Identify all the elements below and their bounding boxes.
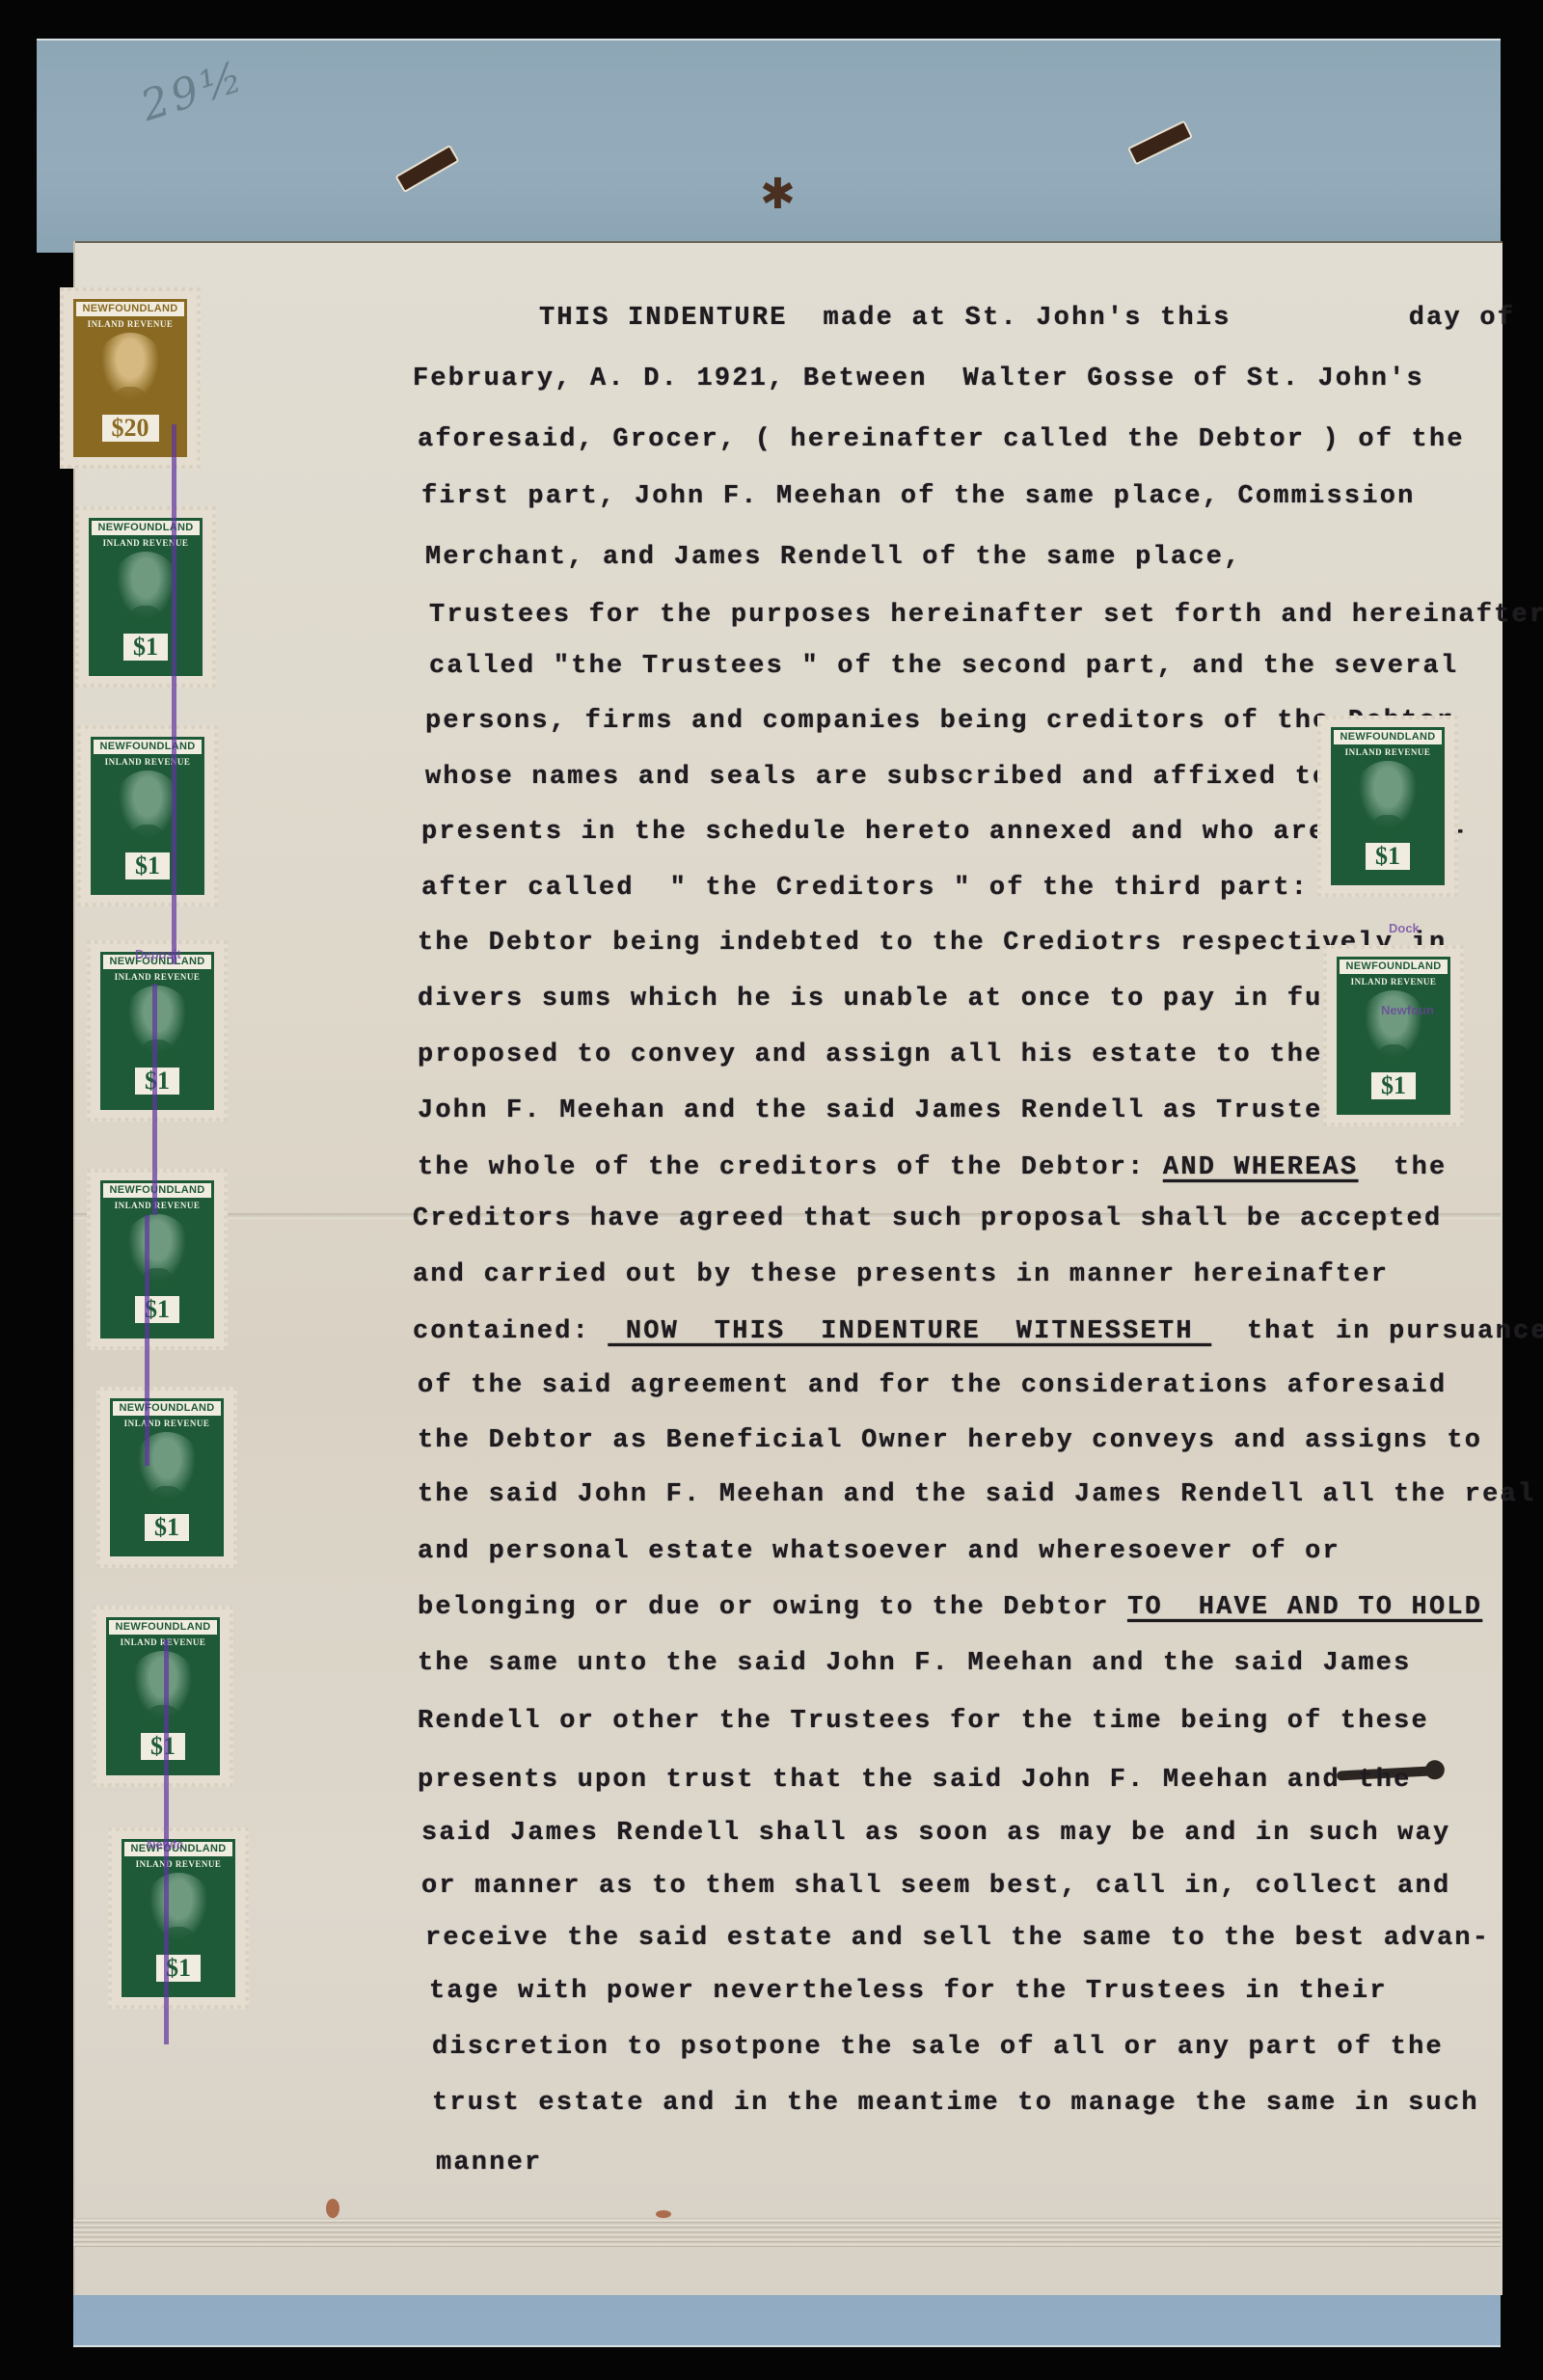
revenue-stamp: NEWFOUNDLANDINLAND REVENUE$1 — [1317, 716, 1458, 897]
cancellation-stroke — [145, 1215, 149, 1466]
text-line: of the said agreement and for the consid… — [418, 1371, 1447, 1400]
text-line: aforesaid, Grocer, ( hereinafter called … — [418, 425, 1465, 454]
revenue-stamp: NEWFOUNDLANDINLAND REVENUE$1 — [87, 940, 228, 1122]
text-line: the whole of the creditors of the Debtor… — [418, 1153, 1447, 1182]
stamp-value: $1 — [1369, 1070, 1418, 1101]
text-run: the Debtor as Beneficial Owner hereby co… — [418, 1426, 1482, 1455]
text-line: THIS INDENTURE made at St. John's this d… — [539, 304, 1515, 333]
text-line: said James Rendell shall as soon as may … — [421, 1819, 1450, 1848]
stamp-frame: NEWFOUNDLANDINLAND REVENUE$1 — [91, 737, 204, 895]
text-line: and carried out by these presents in man… — [413, 1260, 1389, 1289]
stamp-value: $1 — [123, 851, 172, 881]
stamp-frame: NEWFOUNDLANDINLAND REVENUE$1 — [110, 1398, 224, 1556]
stamp-country: NEWFOUNDLAND — [113, 1401, 221, 1416]
text-line: the Debtor as Beneficial Owner hereby co… — [418, 1426, 1482, 1455]
text-run: THIS INDENTURE made at St. John's this d… — [539, 304, 1515, 333]
text-run: the Debtor being indebted to the Crediot… — [418, 929, 1447, 958]
king-portrait-icon — [123, 986, 191, 1061]
stamp-subtitle: INLAND REVENUE — [88, 318, 174, 330]
underlined-heading: AND WHEREAS — [1163, 1153, 1358, 1182]
king-portrait-icon — [145, 1873, 212, 1948]
stamp-country: NEWFOUNDLAND — [109, 1620, 217, 1635]
stamp-frame: NEWFOUNDLANDINLAND REVENUE$1 — [1337, 957, 1450, 1115]
text-run: proposed to convey and assign all his es… — [418, 1041, 1412, 1069]
stamp-value: $1 — [1364, 841, 1412, 872]
text-run: receive the said estate and sell the sam… — [425, 1924, 1490, 1953]
king-portrait-icon — [133, 1432, 201, 1507]
text-line: presents in the schedule hereto annexed … — [421, 818, 1469, 847]
text-run: the whole of the creditors of the Debtor… — [418, 1153, 1163, 1182]
text-run: belonging or due or owing to the Debtor — [418, 1593, 1127, 1622]
stamp-subtitle: INLAND REVENUE — [1345, 746, 1431, 758]
text-run: aforesaid, Grocer, ( hereinafter called … — [418, 425, 1465, 454]
text-line: Creditors have agreed that such proposal… — [413, 1204, 1442, 1233]
stamp-country: NEWFOUNDLAND — [1334, 730, 1442, 744]
stamp-frame: NEWFOUNDLANDINLAND REVENUE$1 — [100, 952, 214, 1110]
cancellation-stroke — [164, 1639, 169, 2044]
text-run: contained: — [413, 1317, 608, 1346]
stamp-subtitle: INLAND REVENUE — [124, 1418, 210, 1429]
text-run: and carried out by these presents in man… — [413, 1260, 1389, 1289]
underlined-heading: TO HAVE AND TO HOLD — [1127, 1593, 1482, 1622]
text-run: called "the Trustees " of the second par… — [429, 652, 1458, 681]
stamp-subtitle: INLAND REVENUE — [136, 1858, 222, 1870]
text-run: Creditors have agreed that such proposal… — [413, 1204, 1442, 1233]
text-run: of the said agreement and for the consid… — [418, 1371, 1447, 1400]
cancellation-stroke — [172, 424, 176, 964]
text-run: February, A. D. 1921, Between Walter Gos… — [413, 365, 1424, 393]
text-line: tage with power nevertheless for the Tru… — [429, 1977, 1388, 2006]
king-portrait-icon — [112, 552, 179, 627]
text-line: presents upon trust that the said John F… — [418, 1766, 1412, 1795]
stamp-country: NEWFOUNDLAND — [76, 302, 184, 316]
stamp-subtitle: INLAND REVENUE — [115, 971, 201, 983]
text-run: first part, John F. Meehan of the same p… — [421, 482, 1416, 511]
stamp-frame: NEWFOUNDLANDINLAND REVENUE$20 — [73, 299, 187, 457]
stamp-frame: NEWFOUNDLANDINLAND REVENUE$1 — [122, 1839, 235, 1997]
text-line: John F. Meehan and the said James Rendel… — [418, 1096, 1429, 1125]
revenue-stamp: NEWFOUNDLANDINLAND REVENUE$1 — [77, 725, 218, 906]
text-run: divers sums which he is unable at once t… — [418, 985, 1429, 1014]
text-run: tage with power nevertheless for the Tru… — [429, 1977, 1388, 2006]
king-portrait-icon — [96, 333, 164, 408]
stamp-value: $1 — [133, 1066, 181, 1096]
text-line: the Debtor being indebted to the Crediot… — [418, 929, 1447, 958]
text-line: Trustees for the purposes hereinafter se… — [429, 601, 1543, 630]
text-line: whose names and seals are subscribed and… — [425, 763, 1437, 792]
text-line: contained: NOW THIS INDENTURE WITNESSETH… — [413, 1317, 1543, 1346]
stamp-frame: NEWFOUNDLANDINLAND REVENUE$1 — [106, 1617, 220, 1775]
text-line: trust estate and in the meantime to mana… — [432, 2089, 1479, 2118]
stamp-value: $1 — [143, 1512, 191, 1543]
king-portrait-icon — [1354, 761, 1421, 836]
stamp-value: $20 — [100, 413, 161, 444]
text-run: the same unto the said John F. Meehan an… — [418, 1649, 1412, 1678]
text-line: divers sums which he is unable at once t… — [418, 985, 1429, 1014]
text-line: manner — [436, 2149, 542, 2177]
stamp-subtitle: INLAND REVENUE — [1351, 976, 1437, 987]
text-run: that in pursuance — [1211, 1317, 1543, 1346]
revenue-stamp: NEWFOUNDLANDINLAND REVENUE$1 — [108, 1827, 249, 2009]
text-run: John F. Meehan and the said James Rendel… — [418, 1096, 1429, 1125]
underlined-heading: NOW THIS INDENTURE WITNESSETH — [608, 1317, 1211, 1346]
text-line: Merchant, and James Rendell of the same … — [425, 543, 1242, 572]
cancellation-mark: Newfoun — [1381, 1003, 1434, 1017]
cancellation-mark: Dock — [1389, 921, 1420, 935]
stamp-country: NEWFOUNDLAND — [1340, 960, 1448, 974]
stamp-value: $1 — [139, 1731, 187, 1762]
text-line: discretion to psotpone the sale of all o… — [432, 2033, 1444, 2062]
text-run: Trustees for the purposes hereinafter se… — [429, 601, 1543, 630]
text-run: or manner as to them shall seem best, ca… — [421, 1872, 1450, 1901]
text-line: called "the Trustees " of the second par… — [429, 652, 1458, 681]
text-run: persons, firms and companies being credi… — [425, 707, 1454, 736]
text-run: discretion to psotpone the sale of all o… — [432, 2033, 1444, 2062]
text-run: manner — [436, 2149, 542, 2177]
stamp-value: $1 — [154, 1953, 203, 1984]
text-run: Rendell or other the Trustees for the ti… — [418, 1707, 1429, 1736]
text-run: presents upon trust that the said John F… — [418, 1766, 1412, 1795]
king-portrait-icon — [129, 1651, 197, 1726]
revenue-stamp: NEWFOUNDLANDINLAND REVENUE$1 — [96, 1387, 237, 1568]
stamp-frame: NEWFOUNDLANDINLAND REVENUE$1 — [89, 518, 203, 676]
text-line: the same unto the said John F. Meehan an… — [418, 1649, 1412, 1678]
text-run: the said John F. Meehan and the said Jam… — [418, 1480, 1535, 1509]
text-line: proposed to convey and assign all his es… — [418, 1041, 1412, 1069]
text-run: trust estate and in the meantime to mana… — [432, 2089, 1479, 2118]
stamp-value: $1 — [133, 1294, 181, 1325]
text-line: after called " the Creditors " of the th… — [421, 874, 1450, 903]
stamp-value: $1 — [122, 632, 170, 663]
text-line: Rendell or other the Trustees for the ti… — [418, 1707, 1429, 1736]
revenue-stamp: NEWFOUNDLANDINLAND REVENUE$1 — [87, 1169, 228, 1350]
revenue-stamp: NEWFOUNDLANDINLAND REVENUE$1 — [75, 506, 216, 688]
stamp-subtitle: INLAND REVENUE — [121, 1636, 206, 1648]
text-run: after called " the Creditors " of the th… — [421, 874, 1450, 903]
revenue-stamp: NEWFOUNDLANDINLAND REVENUE$1 — [1323, 945, 1464, 1126]
text-line: first part, John F. Meehan of the same p… — [421, 482, 1416, 511]
text-run: presents in the schedule hereto annexed … — [421, 818, 1469, 847]
text-run: Merchant, and James Rendell of the same … — [425, 543, 1242, 572]
text-line: belonging or due or owing to the Debtor … — [418, 1593, 1482, 1622]
stamp-country: NEWFOUNDLAND — [92, 521, 200, 535]
stamp-frame: NEWFOUNDLANDINLAND REVENUE$1 — [100, 1180, 214, 1339]
stamp-frame: NEWFOUNDLANDINLAND REVENUE$1 — [1331, 727, 1445, 885]
text-run: said James Rendell shall as soon as may … — [421, 1819, 1450, 1848]
indenture-text: THIS INDENTURE made at St. John's this d… — [0, 0, 1543, 2380]
text-line: or manner as to them shall seem best, ca… — [421, 1872, 1450, 1901]
king-portrait-icon — [1360, 990, 1427, 1066]
cancellation-stroke — [152, 984, 157, 1215]
stamp-subtitle: INLAND REVENUE — [105, 756, 191, 768]
text-line: persons, firms and companies being credi… — [425, 707, 1454, 736]
text-run: and personal estate whatsoever and where… — [418, 1537, 1340, 1566]
revenue-stamp: NEWFOUNDLANDINLAND REVENUE$20 — [60, 287, 201, 469]
stamp-country: NEWFOUNDLAND — [94, 740, 202, 754]
king-portrait-icon — [123, 1214, 191, 1289]
text-run: whose names and seals are subscribed and… — [425, 763, 1437, 792]
revenue-stamp: NEWFOUNDLANDINLAND REVENUE$1 — [93, 1606, 233, 1787]
text-line: and personal estate whatsoever and where… — [418, 1537, 1340, 1566]
text-line: receive the said estate and sell the sam… — [425, 1924, 1490, 1953]
text-run: the — [1358, 1153, 1447, 1182]
stamp-country: NEWFOUNDLAND — [103, 1183, 211, 1198]
text-line: the said John F. Meehan and the said Jam… — [418, 1480, 1535, 1509]
text-line: February, A. D. 1921, Between Walter Gos… — [413, 365, 1424, 393]
